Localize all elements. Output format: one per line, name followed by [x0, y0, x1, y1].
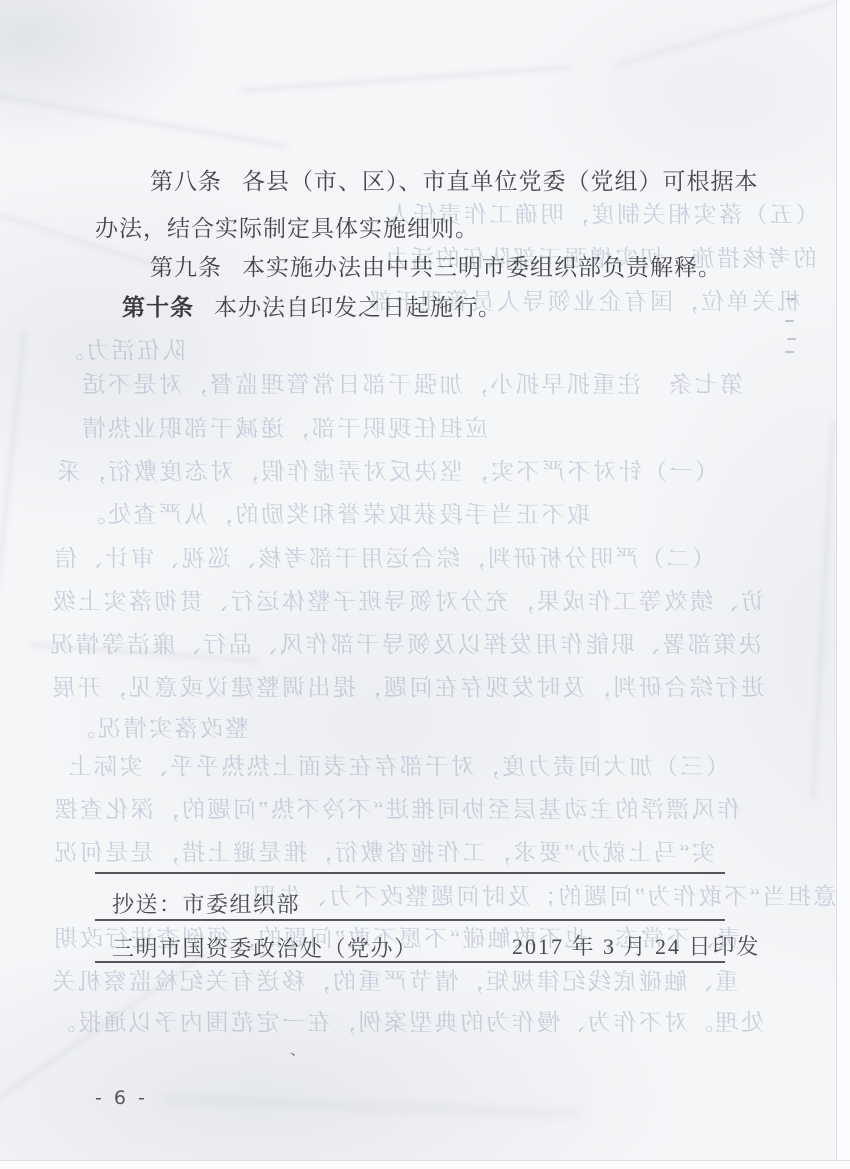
- bleed-through-line: 第七条 注重抓早抓小，加强干部日常管理监督，对是不适: [80, 366, 743, 399]
- edge-dash-mark: [786, 298, 795, 300]
- bleed-through-line: 整改落实情况。: [70, 710, 249, 743]
- paper-crease: [240, 66, 569, 91]
- paragraph-text: 本办法自印发之日起施行。: [214, 295, 502, 320]
- paper-crease: [0, 331, 26, 590]
- paragraph-text: 各县（市、区）、市直单位党委（党组）可根据本: [242, 169, 759, 194]
- bleed-through-line: （二）严明分析研判，综合运用干部考核、巡视、审计、信: [52, 540, 715, 573]
- ink-speck: 、: [287, 1037, 306, 1061]
- footer-rule-middle: [95, 919, 725, 921]
- paper-crease: [160, 1098, 580, 1116]
- page-number: - 6 -: [95, 1087, 148, 1109]
- edge-dash-mark: [785, 320, 794, 322]
- paragraph-line-article-8: 第八条各县（市、区）、市直单位党委（党组）可根据本: [150, 163, 759, 196]
- footer-print-date: 2017 年 3 月 24 日印发: [512, 930, 761, 961]
- bleed-through-line: （一）针对不严不实，坚决反对弄虚作假，对态度敷衍，采: [55, 453, 718, 486]
- paragraph-line-article-10: 第十条本办法自印发之日起施行。: [122, 289, 502, 322]
- scan-bottom-edge: [0, 1160, 850, 1169]
- bleed-through-line: 访、绩效等工作成果，充分对领导班子整体运行、贯彻落实上级: [50, 583, 764, 616]
- edge-dash-mark: [785, 351, 794, 353]
- paper-crease: [0, 953, 206, 1110]
- bleed-through-line: 进行综合研判，及时发现存在问题，提出调整建议或意见，开展: [50, 669, 764, 702]
- bleed-through-line: 实“马上就办”要求，工作拖沓敷衍，推是避上措，是是何况: [52, 834, 715, 867]
- bleed-through-line: 处理。对不作为、慢作为的典型案例，在一定范围内予以通报。: [50, 1004, 764, 1037]
- paper-crease: [30, 644, 260, 662]
- scanned-document-page: （五）落实相关制度，明确工作责任人的考核措施，切实增强干部队伍的活力机关单位，国…: [0, 0, 850, 1169]
- footer-rule-top: [95, 872, 725, 874]
- paper-crease: [615, 0, 850, 66]
- article-number: 第十条: [122, 289, 194, 322]
- paragraph-text: 办法，结合实际制定具体实施细则。: [95, 216, 479, 241]
- bleed-through-line: 队伍活力。: [58, 332, 186, 365]
- bleed-through-line: 取不正当手段获取荣誉和奖励的，从严查处。: [80, 496, 590, 529]
- bleed-through-line: 应担任现职干部，递减干部职业热情: [80, 410, 488, 443]
- scan-right-edge: [836, 0, 850, 1169]
- article-number: 第九条: [150, 249, 222, 282]
- paper-crease: [0, 90, 288, 148]
- paragraph-line-article-9: 第九条本实施办法由中共三明市委组织部负责解释。: [150, 249, 722, 282]
- footer-rule-bottom: [95, 961, 725, 963]
- bleed-through-line: （三）加大问责力度，对干部存在表面上热热乎乎、实际上: [66, 748, 729, 781]
- footer-issuer-line: 三明市国资委政治处（党办）: [112, 932, 418, 963]
- paper-crease: [812, 420, 834, 800]
- paragraph-text: 本实施办法由中共三明市委组织部负责解释。: [242, 255, 722, 280]
- article-number: 第八条: [150, 163, 222, 196]
- footer-cc-line: 抄送：市委组织部: [112, 888, 300, 919]
- bleed-through-line: 愿意担当“不敢作为”问题的；及时问题整改不力、失职: [250, 878, 850, 911]
- bleed-through-line: 决策部署、职能作用发挥以及领导干部作风、品行、廉洁等情况: [48, 626, 762, 659]
- bleed-through-line: 作风漂浮的主动基层至协同推进“不冷不热”问题的，深化查摆: [52, 791, 740, 824]
- bleed-through-line: 重、触碰底线纪律规矩，情节严重的，移送有关纪检监察机关: [50, 963, 739, 996]
- paragraph-line-continuation: 办法，结合实际制定具体实施细则。: [95, 210, 479, 243]
- edge-dash-mark: [787, 338, 796, 340]
